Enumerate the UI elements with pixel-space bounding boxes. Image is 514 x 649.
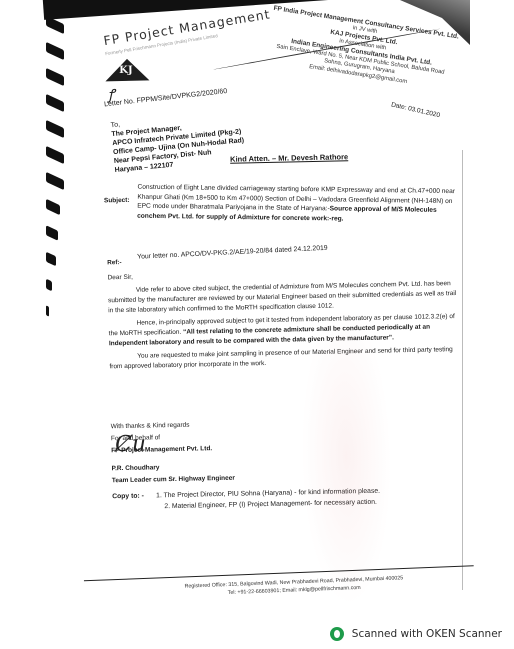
letter-body: Dear Sir, Vide refer to above cited subj…: [107, 266, 459, 375]
subject-label: Subject:: [104, 197, 130, 205]
recipient-address: To, The Project Manager, APCO Infratech …: [110, 109, 246, 175]
letter-page: FP Project Management Formerly Pell Fris…: [72, 4, 476, 612]
copy-to-block: Copy to: - 1. The Project Director, PIU …: [112, 491, 144, 503]
reference-label: Ref:-: [107, 259, 121, 266]
letter-number: Letter No. FPPM/Site/DVPKG2/2020/60: [104, 88, 228, 108]
reference-text: Your letter no. APCO/DV-PKG.2/AE/19-20/8…: [137, 245, 328, 261]
stamp-bleed: [298, 305, 394, 607]
letter-date: Date: 03.01.2020: [390, 101, 440, 119]
consortium-block: FP India Project Management Consultancy …: [259, 4, 466, 94]
signature-area: Ȼu: [111, 435, 172, 462]
signature-icon: Ȼu: [115, 432, 147, 458]
scanner-watermark: Scanned with OKEN Scanner: [330, 627, 502, 641]
body-paragraph: Vide refer to above cited subject, the c…: [108, 279, 459, 316]
oken-logo-icon: [330, 627, 344, 641]
logo-text: KJ: [119, 65, 133, 76]
watermark-text: Scanned with OKEN Scanner: [352, 628, 502, 640]
spiral-binding: [46, 20, 66, 330]
signatory-block: P.R. Choudhary Team Leader cum Sr. Highw…: [111, 461, 235, 488]
scanned-document: FP Project Management Formerly Pell Fris…: [0, 0, 514, 649]
copy-to-label: Copy to: -: [112, 493, 144, 501]
signatory-title: Team Leader cum Sr. Highway Engineer: [112, 473, 235, 488]
body-paragraph: You are requested to make joint sampling…: [109, 345, 459, 372]
body-paragraph: Hence, in-principally approved subject t…: [108, 312, 459, 349]
subject-text: Construction of Eight Lane divided carri…: [137, 183, 459, 225]
attention-line: Kind Atten. – Mr. Devesh Rathore: [230, 152, 348, 163]
